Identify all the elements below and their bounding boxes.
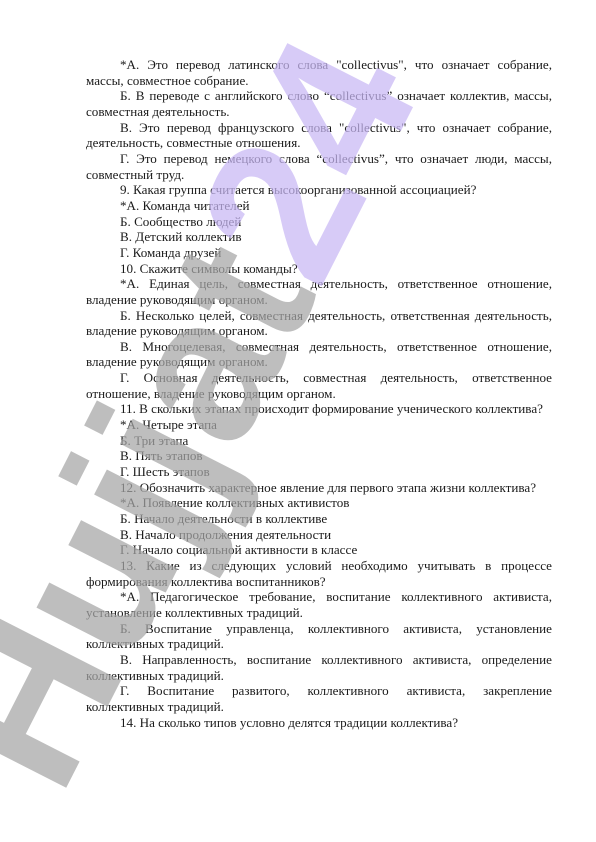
paragraph: Г. Начало социальной активности в классе [86,542,552,558]
paragraph: В. Детский коллектив [86,229,552,245]
paragraph: 12. Обозначить характерное явление для п… [86,480,552,496]
paragraph: В. Пять этапов [86,448,552,464]
paragraph: Г. Шесть этапов [86,464,552,480]
paragraph: *А. Это перевод латинского слова "collec… [86,57,552,88]
paragraph: В. Начало продолжения деятельности [86,527,552,543]
paragraph: В. Направленность, воспитание коллективн… [86,652,552,683]
document-body: *А. Это перевод латинского слова "collec… [86,57,552,730]
paragraph: 9. Какая группа считается высокоорганизо… [86,182,552,198]
document-page: *А. Это перевод латинского слова "collec… [0,0,596,842]
paragraph: *А. Команда читателей [86,198,552,214]
paragraph: Б. Сообщество людей [86,214,552,230]
paragraph: Б. Начало деятельности в коллективе [86,511,552,527]
paragraph: *А. Четыре этапа [86,417,552,433]
paragraph: *А. Появление коллективных активистов [86,495,552,511]
paragraph: 13. Какие из следующих условий необходим… [86,558,552,589]
paragraph: Г. Основная деятельность, совместная дея… [86,370,552,401]
paragraph: 14. На сколько типов условно делятся тра… [86,715,552,731]
paragraph: В. Это перевод французского слова "colle… [86,120,552,151]
paragraph: Б. Три этапа [86,433,552,449]
paragraph: Б. В переводе с английского слово “colle… [86,88,552,119]
paragraph: В. Многоцелевая, совместная деятельность… [86,339,552,370]
paragraph: *А. Педагогическое требование, воспитани… [86,589,552,620]
paragraph: Г. Это перевод немецкого слова “collecti… [86,151,552,182]
paragraph: Б. Несколько целей, совместная деятельно… [86,308,552,339]
paragraph: Г. Команда друзей [86,245,552,261]
paragraph: Б. Воспитание управленца, коллективного … [86,621,552,652]
paragraph: *А. Единая цель, совместная деятельность… [86,276,552,307]
paragraph: 10. Скажите символы команды? [86,261,552,277]
paragraph: Г. Воспитание развитого, коллективного а… [86,683,552,714]
paragraph: 11. В скольких этапах происходит формиро… [86,401,552,417]
